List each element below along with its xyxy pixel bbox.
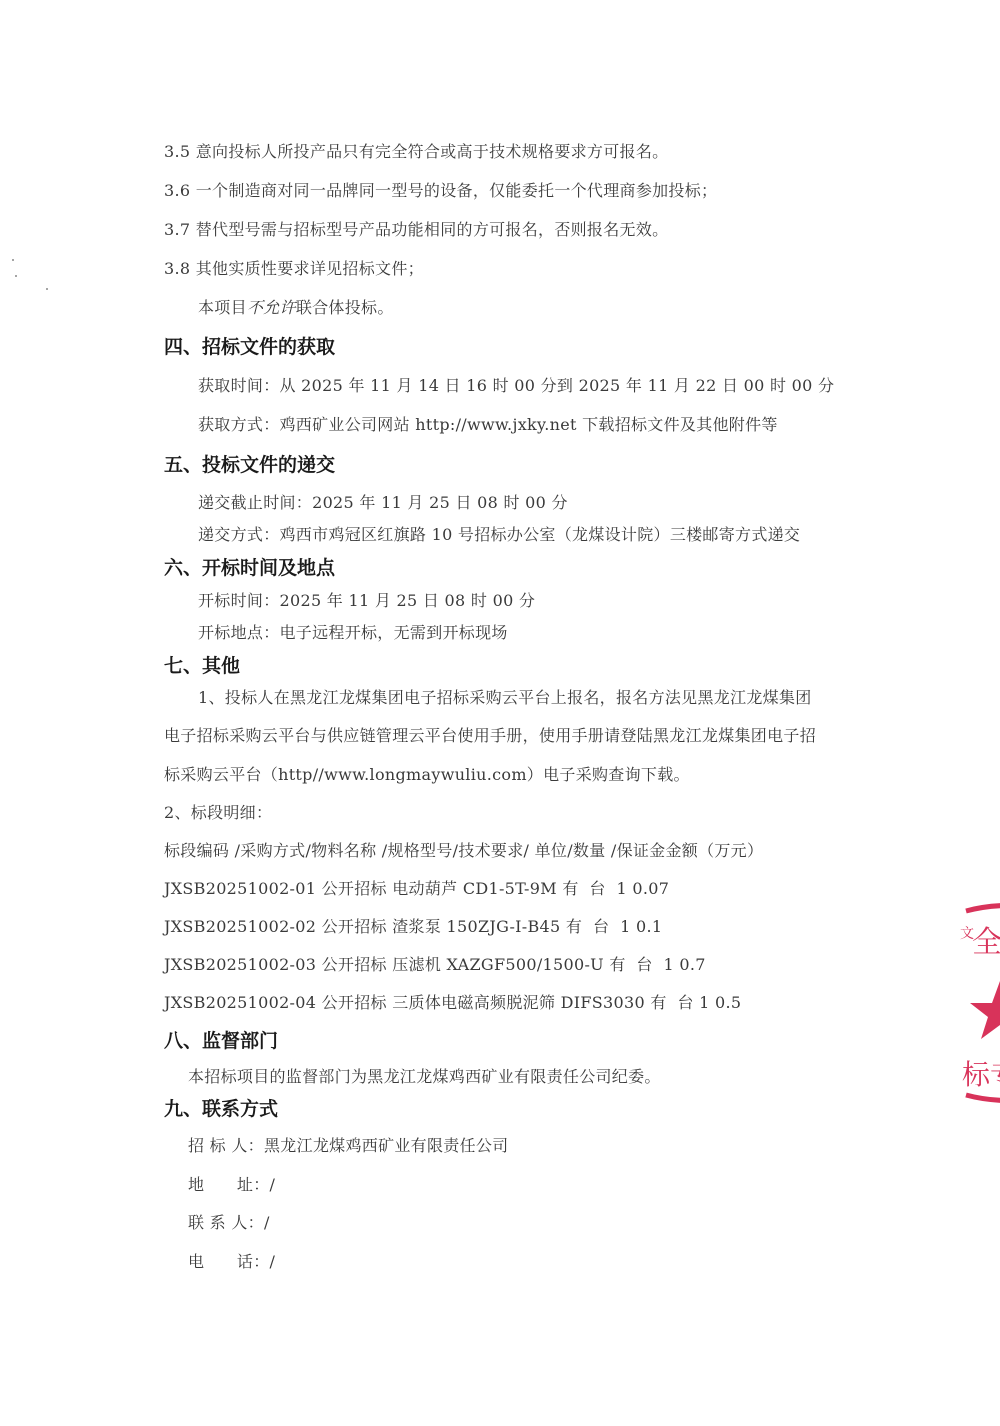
contact-row-person: 联 系 人：/ bbox=[188, 1210, 270, 1233]
lot-code: JXSB20251002-03 bbox=[164, 955, 316, 974]
contact-label: 地 址： bbox=[188, 1175, 270, 1194]
other-para-line-1: 1、投标人在黑龙江龙煤集团电子招标采购云平台上报名，报名方法见黑龙江龙煤集团 bbox=[198, 685, 812, 708]
lot-deposit: 0.5 bbox=[715, 993, 741, 1012]
lot-method: 公开招标 bbox=[322, 955, 387, 974]
section-9-heading: 九、联系方式 bbox=[164, 1094, 278, 1121]
requirement-3-7: 3.7 替代型号需与招标型号产品功能相同的方可报名，否则报名无效。 bbox=[164, 217, 668, 240]
lot-name: 渣浆泵 bbox=[392, 917, 441, 936]
section-7-heading: 七、其他 bbox=[164, 651, 240, 678]
lot-name: 三质体电磁高频脱泥筛 bbox=[392, 993, 555, 1012]
consortium-statement: 本项目不允许联合体投标。 bbox=[198, 295, 394, 318]
lot-method: 公开招标 bbox=[322, 917, 387, 936]
requirement-3-5: 3.5 意向投标人所投产品只有完全符合或高于技术规格要求方可报名。 bbox=[164, 139, 668, 162]
lot-unit: 台 bbox=[593, 917, 609, 936]
lot-name: 电动葫芦 bbox=[392, 879, 457, 898]
requirement-3-8: 3.8 其他实质性要求详见招标文件； bbox=[164, 256, 424, 279]
scan-speck bbox=[12, 259, 14, 261]
contact-row-tenderer: 招 标 人：黑龙江龙煤鸡西矿业有限责任公司 bbox=[188, 1133, 509, 1156]
lot-name: 压滤机 bbox=[392, 955, 441, 974]
lot-row: JXSB20251002-04 公开招标 三质体电磁高频脱泥筛 DIFS3030… bbox=[164, 990, 741, 1013]
lot-method: 公开招标 bbox=[322, 879, 387, 898]
contact-value: / bbox=[270, 1252, 276, 1271]
official-seal: 文 全 标专 bbox=[958, 903, 1000, 1103]
seal-text-bottom: 标专 bbox=[962, 1053, 1000, 1093]
lot-qty: 1 bbox=[664, 955, 674, 974]
acquire-method: 获取方式：鸡西矿业公司网站 http://www.jxky.net 下载招标文件… bbox=[198, 412, 778, 435]
lot-deposit: 0.1 bbox=[636, 917, 662, 936]
lot-deposit: 0.07 bbox=[632, 879, 669, 898]
lot-req: 有 bbox=[650, 993, 666, 1012]
consortium-prefix: 本项目 bbox=[198, 298, 247, 317]
lot-unit: 台 bbox=[677, 993, 693, 1012]
supervision-text: 本招标项目的监督部门为黑龙江龙煤鸡西矿业有限责任公司纪委。 bbox=[188, 1064, 661, 1087]
lot-method: 公开招标 bbox=[322, 993, 387, 1012]
lot-spec: CD1-5T-9M bbox=[463, 879, 557, 898]
contact-label: 联 系 人： bbox=[188, 1213, 264, 1232]
scan-speck bbox=[46, 288, 48, 290]
lot-unit: 台 bbox=[589, 879, 605, 898]
acquire-time: 获取时间：从 2025 年 11 月 14 日 16 时 00 分到 2025 … bbox=[198, 373, 834, 396]
opening-time: 开标时间：2025 年 11 月 25 日 08 时 00 分 bbox=[198, 588, 535, 611]
lot-req: 有 bbox=[609, 955, 625, 974]
lot-code: JXSB20251002-01 bbox=[164, 879, 316, 898]
lot-req: 有 bbox=[562, 879, 578, 898]
lot-qty: 1 bbox=[620, 917, 630, 936]
lot-spec: XAZGF500/1500-U bbox=[447, 955, 604, 974]
lot-code: JXSB20251002-02 bbox=[164, 917, 316, 936]
lot-row: JXSB20251002-01 公开招标 电动葫芦 CD1-5T-9M 有 台 … bbox=[164, 876, 669, 899]
contact-value: / bbox=[264, 1213, 270, 1232]
contact-label: 电 话： bbox=[188, 1252, 270, 1271]
other-para-line-3: 标采购云平台（http//www.longmaywuliu.com）电子采购查询… bbox=[164, 762, 690, 785]
seal-text-top: 全 bbox=[972, 917, 1000, 961]
submit-method: 递交方式：鸡西市鸡冠区红旗路 10 号招标办公室（龙煤设计院）三楼邮寄方式递交 bbox=[198, 522, 800, 545]
lots-header: 标段编码 /采购方式/物料名称 /规格型号/技术要求/ 单位/数量 /保证金金额… bbox=[164, 838, 763, 861]
lot-spec: DIFS3030 bbox=[561, 993, 645, 1012]
lot-code: JXSB20251002-04 bbox=[164, 993, 316, 1012]
lot-spec: 150ZJG-I-B45 bbox=[447, 917, 561, 936]
section-5-heading: 五、投标文件的递交 bbox=[164, 450, 335, 477]
lot-req: 有 bbox=[566, 917, 582, 936]
scan-speck bbox=[15, 275, 17, 277]
lot-qty: 1 bbox=[617, 879, 627, 898]
consortium-emphasis: 不允许 bbox=[247, 298, 296, 317]
section-4-heading: 四、招标文件的获取 bbox=[164, 332, 335, 359]
section-6-heading: 六、开标时间及地点 bbox=[164, 553, 335, 580]
contact-value: / bbox=[270, 1175, 276, 1194]
lot-qty: 1 bbox=[699, 993, 709, 1012]
contact-row-phone: 电 话：/ bbox=[188, 1249, 275, 1272]
contact-label: 招 标 人： bbox=[188, 1136, 264, 1155]
opening-place: 开标地点：电子远程开标，无需到开标现场 bbox=[198, 620, 508, 643]
lot-row: JXSB20251002-03 公开招标 压滤机 XAZGF500/1500-U… bbox=[164, 952, 706, 975]
other-para-line-2: 电子招标采购云平台与供应链管理云平台使用手册，使用手册请登陆黑龙江龙煤集团电子招 bbox=[164, 723, 816, 746]
section-8-heading: 八、监督部门 bbox=[164, 1026, 278, 1053]
contact-row-address: 地 址：/ bbox=[188, 1172, 275, 1195]
requirement-3-6: 3.6 一个制造商对同一品牌同一型号的设备，仅能委托一个代理商参加投标； bbox=[164, 178, 717, 201]
lot-deposit: 0.7 bbox=[679, 955, 705, 974]
consortium-suffix: 联合体投标。 bbox=[296, 298, 394, 317]
submit-deadline: 递交截止时间：2025 年 11 月 25 日 08 时 00 分 bbox=[198, 490, 568, 513]
lot-unit: 台 bbox=[636, 955, 652, 974]
lot-row: JXSB20251002-02 公开招标 渣浆泵 150ZJG-I-B45 有 … bbox=[164, 914, 662, 937]
contact-value: 黑龙江龙煤鸡西矿业有限责任公司 bbox=[264, 1136, 509, 1155]
lots-label: 2、标段明细： bbox=[164, 800, 272, 823]
